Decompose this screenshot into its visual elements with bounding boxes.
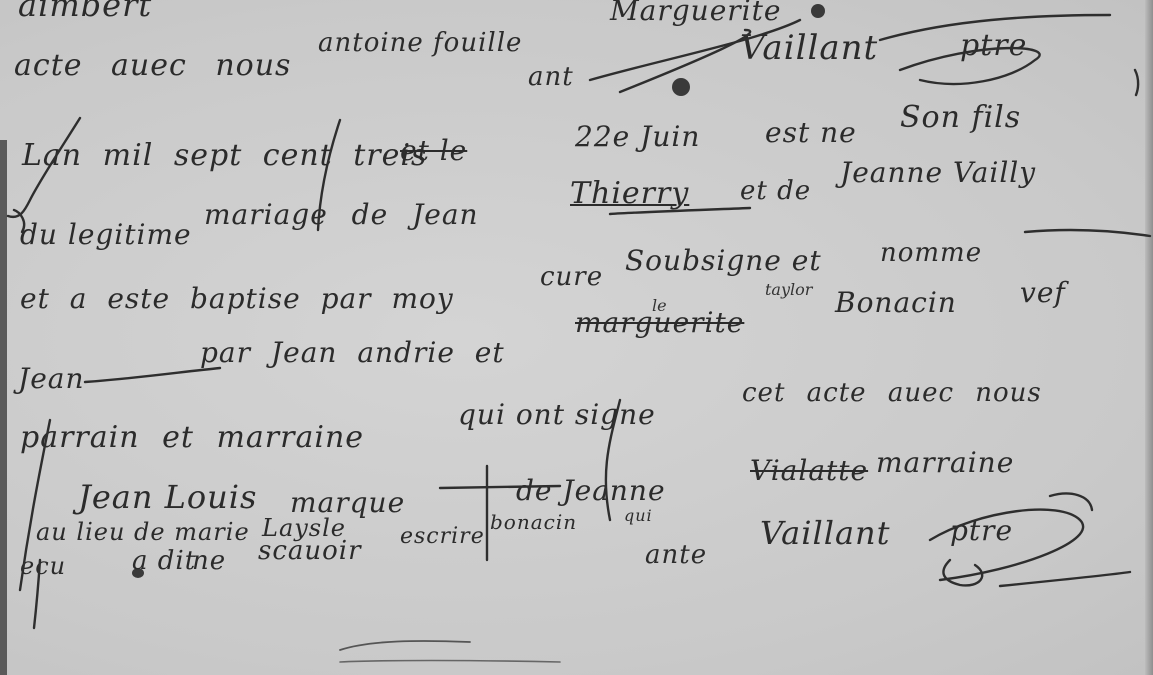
line-7-bonacin: bonacin (490, 510, 577, 534)
line-7-instead: au lieu de marie (36, 518, 250, 546)
line-5-godparents: par Jean andrie et (200, 336, 505, 369)
line-8-write: escrire (400, 524, 485, 549)
ink-blot (811, 4, 825, 18)
line-5-godmother: marguerite (575, 306, 744, 339)
line-5-superscript-taylor: taylor (765, 280, 812, 299)
line-2-born: est ne (765, 116, 857, 149)
signature-vaillant-1-title: ptre (960, 28, 1027, 63)
line-2-struck: et le (400, 134, 467, 167)
line-6-signed: qui ont signe (458, 398, 656, 431)
line-3-father: Thierry (570, 176, 689, 211)
line-7-qui: qui (624, 506, 653, 525)
line-6-act: cet acte auec nous (742, 378, 1042, 408)
page-edge-shadow (1145, 0, 1153, 675)
signature-vaillant-2: Vaillant (760, 514, 891, 552)
line-3-and: et de (740, 176, 811, 206)
line-1-name: antoine fouille (318, 28, 522, 58)
line-2-son: Son fils (900, 100, 1021, 135)
line-4-undersigned: Soubsigne et (625, 244, 822, 277)
line-3-legit: du legitime (20, 218, 192, 251)
line-4-named: nomme (880, 238, 982, 268)
line-5-child-name: Jean (18, 362, 85, 395)
line-8-prefix: ecu (20, 552, 66, 580)
binding-margin (0, 140, 7, 675)
line-5-surname: Bonacin (835, 286, 957, 319)
line-2-date: Lan mil sept cent treis (22, 138, 427, 173)
line-0: aimbert (18, 0, 152, 24)
line-1-signature: Marguerite (610, 0, 781, 27)
line-3-marriage: mariage de Jean (204, 198, 479, 231)
signature-vaillant-1-prefix: ant (528, 62, 574, 92)
line-8-know: scauoir (258, 536, 362, 566)
register-page: aimbert acte auec nous antoine fouille M… (0, 0, 1153, 675)
godmother-label: marraine (876, 446, 1014, 479)
line-6-godparents: parrain et marraine (20, 420, 364, 455)
line-4-baptised: et a este baptise par moy (20, 282, 454, 315)
line-3-mother: Jeanne Vailly (840, 156, 1036, 189)
line-2-day: 22e Juin (575, 120, 700, 153)
line-8-said: a dit (132, 546, 196, 576)
line-5-widow: vef (1020, 276, 1066, 309)
ink-blot (672, 78, 690, 96)
mark-of-jeanne: de Jeanne (516, 474, 666, 507)
signature-vaillant-2-title: ptre (950, 514, 1013, 547)
godmother-surname: Vialatte (750, 454, 868, 487)
signature-jean-louis: Jean Louis (78, 478, 257, 516)
signature-vaillant-2-prefix: ante (645, 540, 707, 570)
line-8-not: ne (192, 546, 226, 576)
line-4-cure: cure (540, 262, 603, 292)
line-1-text: acte auec nous (14, 48, 291, 83)
signature-vaillant-1: Vaillant (740, 28, 878, 68)
